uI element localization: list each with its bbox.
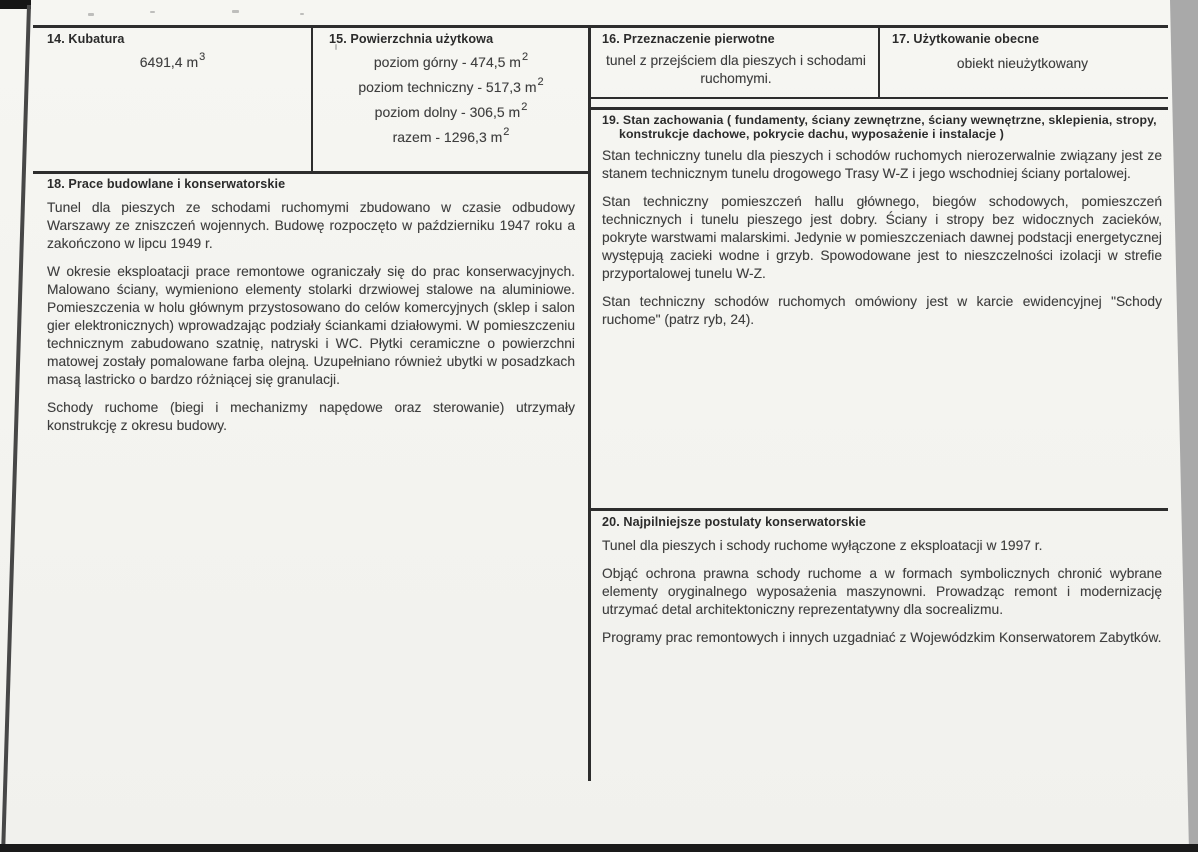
field-14-value: 6491,4 m3	[33, 53, 311, 71]
field-17-value: obiekt nieużytkowany	[880, 55, 1165, 73]
field-15-label: 15. Powierzchnia użytkowa	[329, 32, 493, 46]
divider-19-20	[588, 508, 1168, 511]
field-19-paragraph: Stan techniczny schodów ruchomych omówio…	[602, 293, 1162, 329]
field-18-paragraph: Tunel dla pieszych ze schodami ruchomymi…	[47, 199, 575, 253]
field-15-row: razem - 1296,3 m2	[313, 128, 588, 153]
field-19-label-line1: 19. Stan zachowania ( fundamenty, ściany…	[602, 113, 1157, 127]
field-20-paragraph: Objąć ochrona prawna schody ruchome a w …	[602, 565, 1162, 619]
field-20-paragraph: Programy prac remontowych i innych uzgad…	[602, 629, 1162, 647]
field-14-label: 14. Kubatura	[47, 32, 124, 46]
field-14-value-text: 6491,4 m	[140, 54, 198, 70]
field-18-text: Tunel dla pieszych ze schodami ruchomymi…	[47, 199, 575, 445]
field-18-paragraph: W okresie eksploatacji prace remontowe o…	[47, 263, 575, 389]
field-18-label: 18. Prace budowlane i konserwatorskie	[47, 177, 285, 191]
field-15-values: poziom górny - 474,5 m2 poziom techniczn…	[313, 53, 588, 153]
field-15-row: poziom dolny - 306,5 m2	[313, 103, 588, 128]
field-20-paragraph: Tunel dla pieszych i schody ruchome wyłą…	[602, 537, 1162, 555]
field-14-value-superscript: 3	[199, 51, 205, 63]
field-15-row: poziom techniczny - 517,3 m2	[313, 78, 588, 103]
field-20-text: Tunel dla pieszych i schody ruchome wyłą…	[602, 537, 1162, 657]
field-16-value: tunel z przejściem dla pieszych i schoda…	[597, 52, 875, 88]
field-19-label-line2: konstrukcje dachowe, pokrycie dachu, wyp…	[619, 127, 1004, 141]
field-19-top-border	[588, 107, 1168, 110]
scan-speck	[300, 13, 304, 15]
field-20-label: 20. Najpilniejsze postulaty konserwators…	[602, 515, 866, 529]
field-19-paragraph: Stan techniczny pomieszczeń hallu główne…	[602, 193, 1162, 283]
scan-right-paper-edge	[1160, 0, 1198, 852]
scan-bottom-bar	[0, 844, 1198, 852]
center-column-divider	[588, 25, 591, 781]
scan-speck	[150, 11, 155, 13]
field-19-paragraph: Stan techniczny tunelu dla pieszych i sc…	[602, 147, 1162, 183]
scan-speck	[232, 10, 239, 13]
field-15-row: poziom górny - 474,5 m2	[313, 53, 588, 78]
row-16-17-bottom-border	[588, 97, 1168, 99]
scan-speck	[88, 13, 94, 16]
table-top-border	[33, 25, 1168, 28]
scanned-document-page: 14. Kubatura 6491,4 m3 15. Powierzchnia …	[0, 0, 1198, 852]
field-16-label: 16. Przeznaczenie pierwotne	[602, 32, 775, 46]
left-column-row1-bottom-border	[33, 171, 590, 174]
field-19-text: Stan techniczny tunelu dla pieszych i sc…	[602, 147, 1162, 339]
field-17-label: 17. Użytkowanie obecne	[892, 32, 1039, 46]
field-18-paragraph: Schody ruchome (biegi i mechanizmy napęd…	[47, 399, 575, 435]
scan-left-paper-edge	[1, 5, 31, 847]
